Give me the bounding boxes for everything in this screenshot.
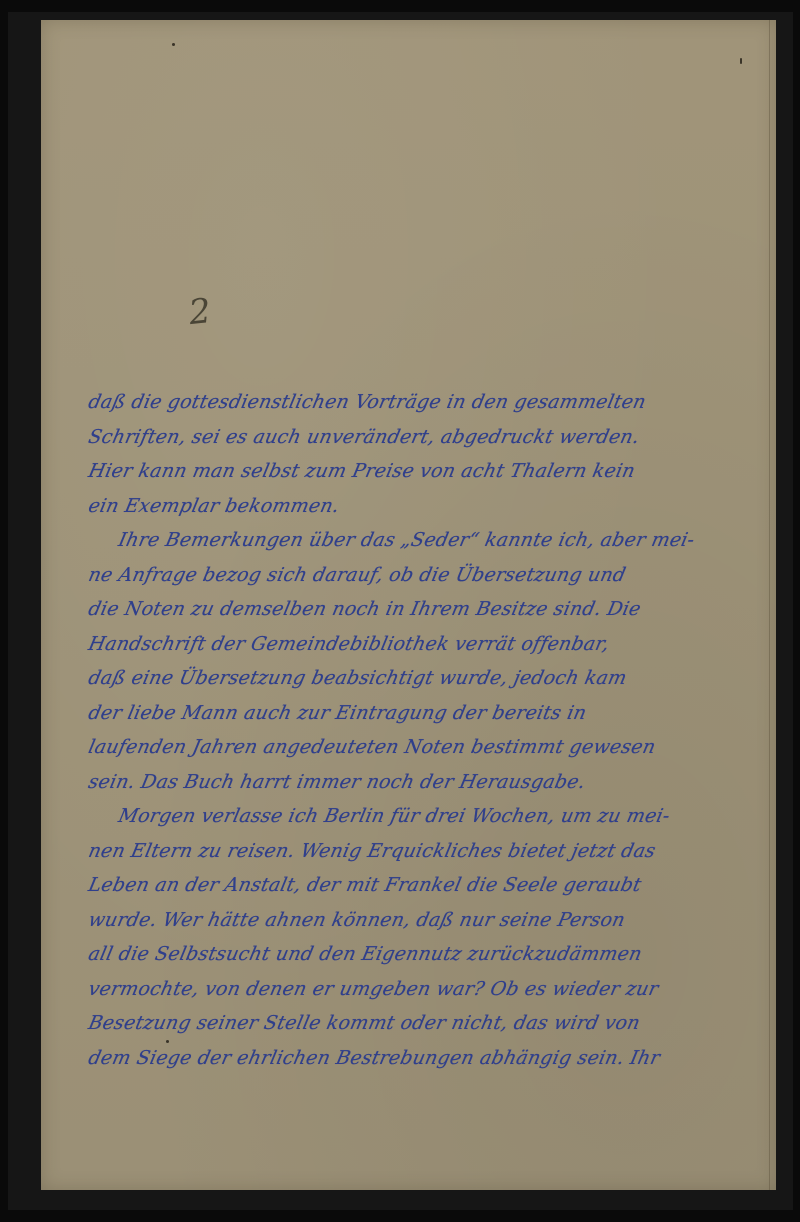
handwritten-line: Besetzung seiner Stelle kommt oder nicht…: [85, 1006, 756, 1041]
handwritten-line: Leben an der Anstalt, der mit Frankel di…: [85, 868, 756, 903]
handwritten-line: dem Siege der ehrlichen Bestrebungen abh…: [85, 1041, 756, 1076]
handwritten-line: all die Selbstsucht und den Eigennutz zu…: [85, 937, 756, 972]
handwritten-line: Ihre Bemerkungen über das „Seder“ kannte…: [85, 523, 756, 558]
handwritten-line: sein. Das Buch harrt immer noch der Hera…: [85, 765, 756, 800]
handwritten-line: laufenden Jahren angedeuteten Noten best…: [85, 730, 756, 765]
letter-page: 2 daß die gottesdienstlichen Vorträge in…: [41, 20, 776, 1190]
paper-speck: [172, 43, 175, 46]
scan-background: 2 daß die gottesdienstlichen Vorträge in…: [0, 0, 800, 1222]
handwritten-line: daß die gottesdienstlichen Vorträge in d…: [85, 385, 756, 420]
handwritten-line: nen Eltern zu reisen. Wenig Erquickliche…: [85, 834, 756, 869]
handwritten-line: vermochte, von denen er umgeben war? Ob …: [85, 972, 756, 1007]
handwritten-line: Morgen verlasse ich Berlin für drei Woch…: [85, 799, 756, 834]
handwritten-line: Handschrift der Gemeindebibliothek verrä…: [85, 627, 756, 662]
handwritten-line: Schriften, sei es auch unverändert, abge…: [85, 420, 756, 455]
handwritten-line: ein Exemplar bekommen.: [85, 489, 756, 524]
handwritten-line: daß eine Übersetzung beabsichtigt wurde,…: [85, 661, 756, 696]
page-number: 2: [187, 291, 213, 333]
handwritten-line: Hier kann man selbst zum Preise von acht…: [85, 454, 756, 489]
handwritten-line: ne Anfrage bezog sich darauf, ob die Übe…: [85, 558, 756, 593]
handwritten-line: die Noten zu demselben noch in Ihrem Bes…: [85, 592, 756, 627]
paper-speck: [740, 58, 742, 64]
handwritten-line: wurde. Wer hätte ahnen können, daß nur s…: [85, 903, 756, 938]
handwritten-line: der liebe Mann auch zur Eintragung der b…: [85, 696, 756, 731]
letter-body: daß die gottesdienstlichen Vorträge in d…: [85, 385, 749, 1075]
